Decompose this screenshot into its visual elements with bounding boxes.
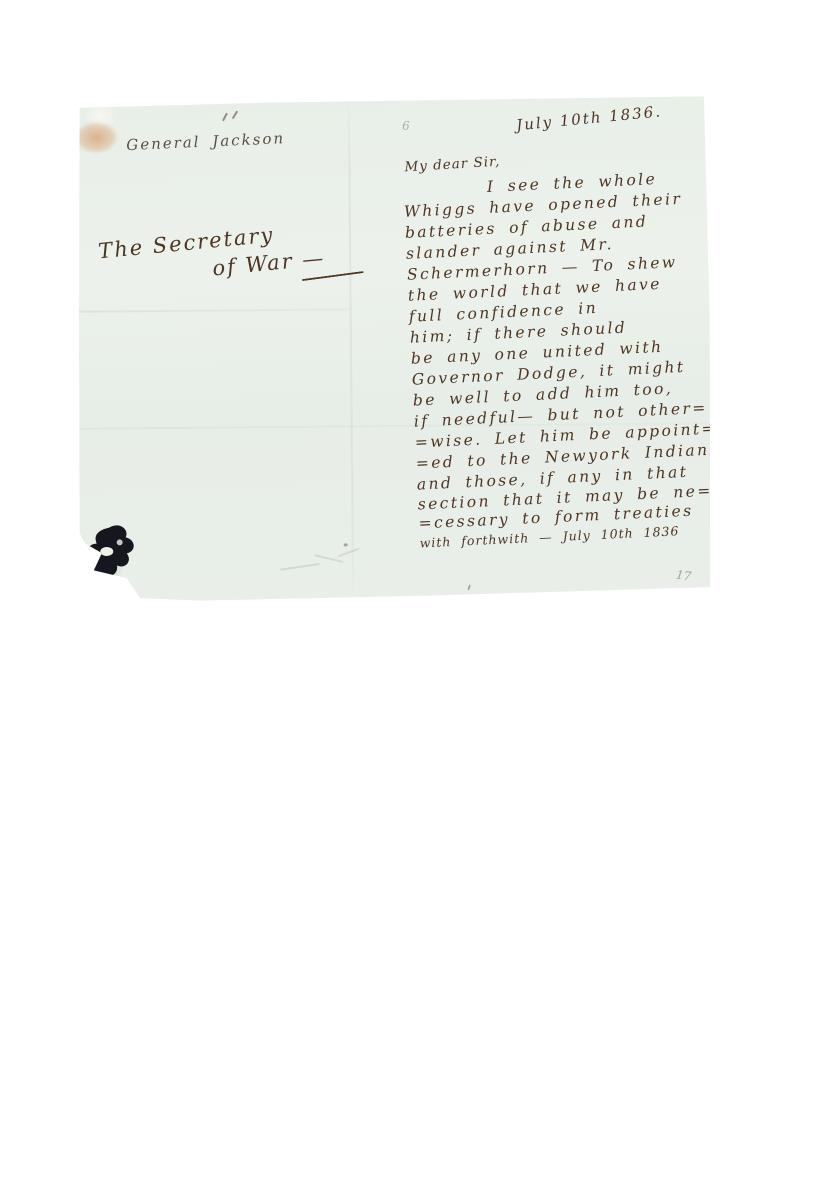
docket-general-jackson: General Jackson [126,129,286,154]
vertical-fold-crease [348,97,354,601]
horizontal-fold-crease-upper [78,308,350,312]
letter-address: The Secretary of War — [97,218,326,291]
pen-tick-mark [232,111,238,120]
letter-salutation: My dear Sir, [404,154,501,176]
address-line-2: of War — [211,246,326,281]
letter-date: July 10th 1836. [515,102,662,134]
pen-tick-mark [222,113,228,122]
ink-speck [467,584,471,590]
scanned-letter-image: 6 17 General Jackson July 10th 1836. My … [0,0,819,1197]
wax-seal-stain [66,115,126,160]
letter-paper: 6 17 General Jackson July 10th 1836. My … [76,94,712,603]
ink-speck [344,543,348,546]
ink-blot [79,521,146,598]
pencil-page-number-bottom: 17 [675,568,692,584]
letter-body: I see the wholeWhiggs have opened theirb… [403,167,726,553]
pen-flourish-dash [302,271,364,281]
pencil-page-number-top: 6 [402,119,410,133]
faint-pencil-scribble [280,549,366,576]
